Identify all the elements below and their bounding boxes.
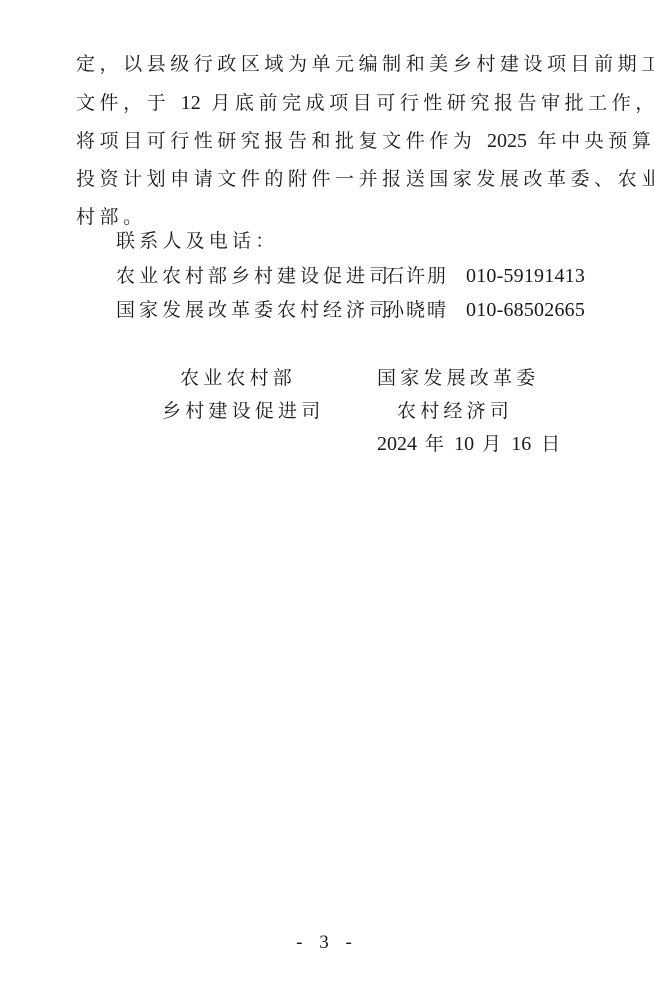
body-text: 文件，于	[76, 92, 181, 114]
contact-department: 国家发展改革委农村经济司	[116, 298, 392, 322]
signature-right-line2: 农村经济司	[397, 399, 513, 423]
date-year-unit: 年	[417, 433, 454, 455]
body-line-4: 投资计划申请文件的附件一并报送国家发展改革委、农业农	[76, 167, 654, 191]
signature-left-line1: 农业农村部	[180, 366, 296, 390]
signature-date: 2024 年 10 月 16 日	[377, 432, 564, 456]
body-line-5: 村部。	[76, 205, 147, 229]
body-number: 12	[181, 92, 201, 114]
contact-phone: 010-68502665	[466, 298, 585, 322]
date-year: 2024	[377, 433, 417, 455]
contact-phone: 010-59191413	[466, 264, 585, 288]
date-month: 10	[454, 433, 474, 455]
contact-department: 农业农村部乡村建设促进司	[116, 264, 392, 288]
body-text: 将项目可行性研究报告和批复文件作为	[76, 130, 487, 152]
body-line-3: 将项目可行性研究报告和批复文件作为 2025 年中央预算内	[76, 129, 654, 153]
date-month-unit: 月	[474, 433, 511, 455]
document-page: 定，以县级行政区域为单元编制和美乡村建设项目前期工作 文件，于 12 月底前完成…	[0, 0, 654, 992]
body-text: 投资计划申请文件的附件一并报送国家发展改革委、农业农	[76, 168, 654, 190]
body-number: 2025	[487, 130, 527, 152]
contacts-label: 联系人及电话：	[116, 229, 278, 253]
signature-left-line2: 乡村建设促进司	[162, 399, 324, 423]
body-line-2: 文件，于 12 月底前完成项目可行性研究报告审批工作，并	[76, 91, 654, 115]
signature-right-line1: 国家发展改革委	[377, 366, 539, 390]
body-text: 年中央预算内	[527, 130, 654, 152]
contact-name: 石许朋	[385, 264, 448, 288]
date-day-unit: 日	[531, 433, 564, 455]
body-text: 村部。	[76, 206, 147, 228]
page-number: - 3 -	[0, 931, 654, 955]
contact-name: 孙晓晴	[385, 298, 448, 322]
date-day: 16	[511, 433, 531, 455]
body-text: 定，以县级行政区域为单元编制和美乡村建设项目前期工作	[76, 53, 654, 75]
body-text: 月底前完成项目可行性研究报告审批工作，并	[201, 92, 654, 114]
body-line-1: 定，以县级行政区域为单元编制和美乡村建设项目前期工作	[76, 52, 654, 76]
